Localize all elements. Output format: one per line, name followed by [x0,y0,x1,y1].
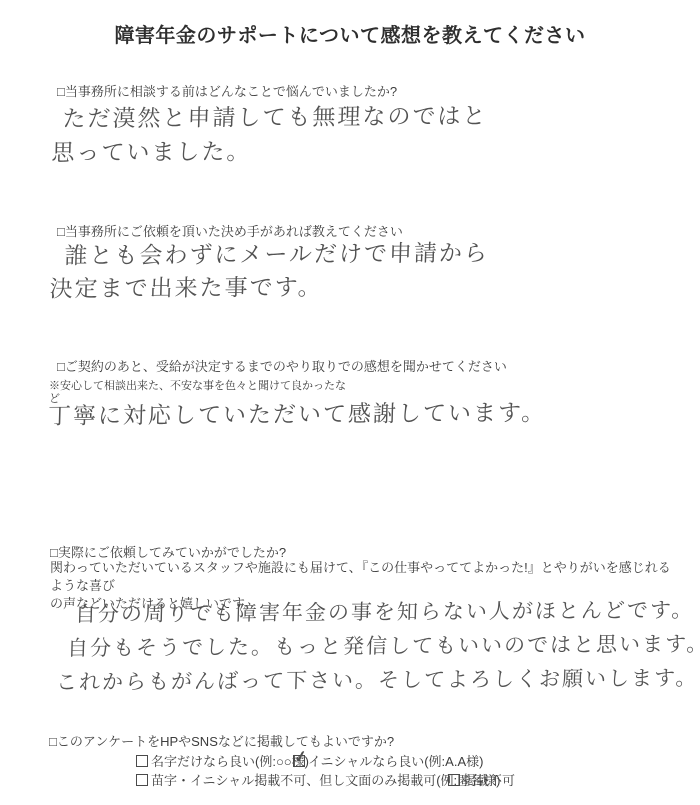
checkbox-icon: ✓ [136,755,148,767]
publish-option-label: 名字だけなら良い(例:○○様) [151,751,309,770]
handwritten-answer-line: 丁寧に対応していただいて感謝しています。 [48,396,547,432]
survey-form: 障害年金のサポートについて感想を教えてください □当事務所に相談する前はどんなこ… [0,0,700,805]
question-5-label: □このアンケートをHPやSNSなどに掲載してもよいですか? [49,731,394,750]
publish-option-label: イニシャルなら良い(例:A.A様) [308,751,483,770]
page-title: 障害年金のサポートについて感想を教えてください [0,19,700,48]
publish-option-label: 掲載不可 [463,770,515,789]
handwritten-answer-line: ただ漠然と申請しても無理なのではと [62,99,488,136]
handwritten-checkmark: ✓ [292,745,311,767]
checkbox-icon: ✓ [136,774,148,786]
checkbox-icon: ✓ [448,774,460,786]
handwritten-answer-line: これからもがんばって下さい。そしてよろしくお願いします。 [56,662,700,701]
question-1-handwritten-answer: ただ漠然と申請しても無理なのではと 思っていました。 [61,99,488,170]
publish-option-no-publish: ✓ 掲載不可 [448,770,515,789]
question-description-line: 関わっていただいているスタッフや施設にも届けて、『この仕事やっててよかった!』と… [50,559,675,595]
question-1-label: □当事務所に相談する前はどんなことで悩んでいましたか? [57,81,397,100]
question-3-label: □ご契約のあと、受給が決定するまでのやり取りでの感想を聞かせてください [57,356,507,375]
publish-option-initials-ok: ✓ イニシャルなら良い(例:A.A様) [293,751,483,770]
question-4-handwritten-answer: 自分の周りでも障害年金の事を知らない人がほとんどです。 自分もそうでした。もっと… [73,594,700,700]
question-3-handwritten-answer: 丁寧に対応していただいて感謝しています。 [48,396,547,432]
checkbox-checked-icon: ✓ [293,755,305,767]
handwritten-answer-line: 自分の周りでも障害年金の事を知らない人がほとんどです。 [74,594,700,632]
publish-option-surname-only: ✓ 名字だけなら良い(例:○○様) [136,751,309,770]
question-2-handwritten-answer: 誰とも会わずにメールだけで申請から 決定まで出来た事です。 [63,237,489,306]
handwritten-answer-line: 自分もそうでした。もっと発信してもいいのではと思います。 [67,628,700,666]
question-note-line: ※安心して相談出来た、不安な事を色々と聞けて良かったな [49,380,346,393]
handwritten-answer-line: 思っていました。 [51,133,487,170]
handwritten-answer-line: 誰とも会わずにメールだけで申請から [64,237,489,273]
handwritten-answer-line: 決定まで出来た事です。 [49,270,488,306]
publish-option-text-only: ✓ 苗字・イニシャル掲載不可、但し文面のみ掲載可(例:匿名様) [136,770,501,789]
